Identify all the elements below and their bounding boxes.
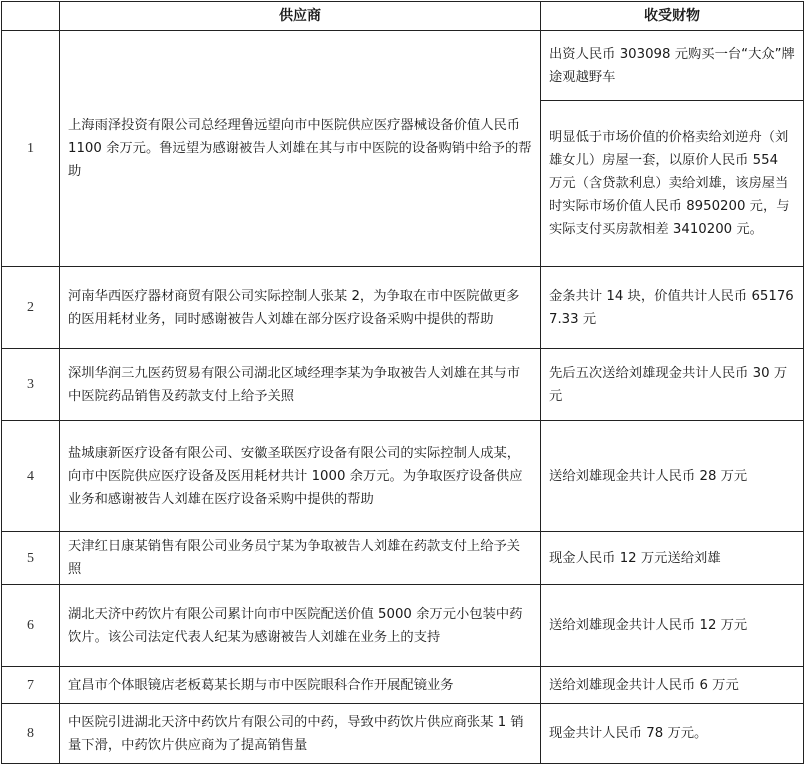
row-index: 8: [2, 704, 60, 764]
row-index: 7: [2, 667, 60, 704]
row-index: 1: [2, 31, 60, 267]
row-index: 5: [2, 532, 60, 585]
supplier-cell: 河南华西医疗器材商贸有限公司实际控制人张某 2，为争取在市中医院做更多的医用耗材…: [60, 267, 541, 349]
supplier-cell: 盐城康新医疗设备有限公司、安徽圣联医疗设备有限公司的实际控制人成某，向市中医院供…: [60, 421, 541, 532]
header-supplier: 供应商: [60, 2, 541, 31]
row-index: 2: [2, 267, 60, 349]
supplier-cell: 湖北天济中药饮片有限公司累计向市中医院配送价值 5000 余万元小包装中药饮片。…: [60, 585, 541, 667]
supplier-cell: 上海雨泽投资有限公司总经理鲁远望向市中医院供应医疗器械设备价值人民币 1100 …: [60, 31, 541, 267]
header-row: 供应商 收受财物: [2, 2, 804, 31]
gift-cell: 现金人民币 12 万元送给刘雄: [541, 532, 804, 585]
header-gifts: 收受财物: [541, 2, 804, 31]
row-index: 4: [2, 421, 60, 532]
gift-cell: 先后五次送给刘雄现金共计人民币 30 万元: [541, 349, 804, 421]
row-index: 6: [2, 585, 60, 667]
gift-cell: 现金共计人民币 78 万元。: [541, 704, 804, 764]
table-row: 6 湖北天济中药饮片有限公司累计向市中医院配送价值 5000 余万元小包装中药饮…: [2, 585, 804, 667]
gift-cell: 明显低于市场价值的价格卖给刘逆舟（刘雄女儿）房屋一套，以原价人民币 554 万元…: [541, 101, 804, 267]
table-row: 4 盐城康新医疗设备有限公司、安徽圣联医疗设备有限公司的实际控制人成某，向市中医…: [2, 421, 804, 532]
table-row: 5 天津红日康某销售有限公司业务员宁某为争取被告人刘雄在药款支付上给予关照 现金…: [2, 532, 804, 585]
gift-cell: 送给刘雄现金共计人民币 12 万元: [541, 585, 804, 667]
supplier-cell: 宜昌市个体眼镜店老板葛某长期与市中医院眼科合作开展配镜业务: [60, 667, 541, 704]
table-row: 1 上海雨泽投资有限公司总经理鲁远望向市中医院供应医疗器械设备价值人民币 110…: [2, 31, 804, 101]
gift-cell: 金条共计 14 块，价值共计人民币 651767.33 元: [541, 267, 804, 349]
table-row: 8 中医院引进湖北天济中药饮片有限公司的中药，导致中药饮片供应商张某 1 销量下…: [2, 704, 804, 764]
supplier-cell: 深圳华润三九医药贸易有限公司湖北区域经理李某为争取被告人刘雄在其与市中医院药品销…: [60, 349, 541, 421]
table-row: 3 深圳华润三九医药贸易有限公司湖北区域经理李某为争取被告人刘雄在其与市中医院药…: [2, 349, 804, 421]
row-index: 3: [2, 349, 60, 421]
gift-cell: 出资人民币 303098 元购买一台“大众”牌途观越野车: [541, 31, 804, 101]
gift-cell: 送给刘雄现金共计人民币 6 万元: [541, 667, 804, 704]
bribery-table: 供应商 收受财物 1 上海雨泽投资有限公司总经理鲁远望向市中医院供应医疗器械设备…: [1, 1, 804, 764]
supplier-cell: 中医院引进湖北天济中药饮片有限公司的中药，导致中药饮片供应商张某 1 销量下滑，…: [60, 704, 541, 764]
table-row: 7 宜昌市个体眼镜店老板葛某长期与市中医院眼科合作开展配镜业务 送给刘雄现金共计…: [2, 667, 804, 704]
table-row: 2 河南华西医疗器材商贸有限公司实际控制人张某 2，为争取在市中医院做更多的医用…: [2, 267, 804, 349]
gift-cell: 送给刘雄现金共计人民币 28 万元: [541, 421, 804, 532]
supplier-cell: 天津红日康某销售有限公司业务员宁某为争取被告人刘雄在药款支付上给予关照: [60, 532, 541, 585]
header-index: [2, 2, 60, 31]
